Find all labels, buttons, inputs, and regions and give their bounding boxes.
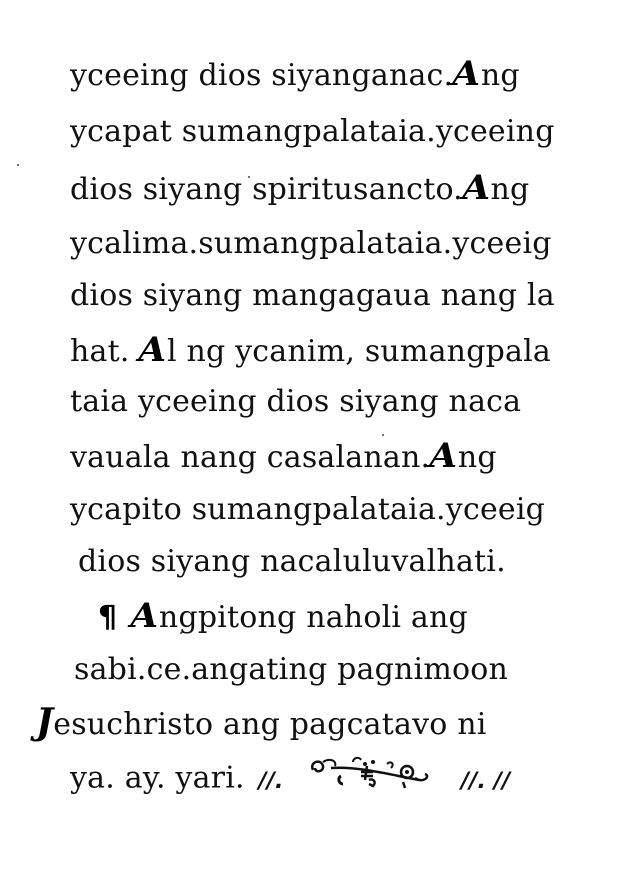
text-line-4: ycalima.sumangpalataia.yceeig (70, 224, 552, 264)
line-text-before-initial: hat. (70, 334, 130, 369)
line-text: dios siyang mangagaua nang la (70, 278, 555, 313)
document-page: yceeing dios siyanganac.Ang ycapat suman… (0, 0, 640, 889)
line-text-after-initial: ng (458, 440, 497, 475)
line-text-after-initial: ng (481, 58, 520, 93)
line-text: taia yceeing dios siyang naca (70, 384, 521, 419)
line-text: yceeing dios siyanganac. (70, 58, 453, 93)
text-line-1: yceeing dios siyanganac.Ang (70, 54, 520, 96)
text-line-7: taia yceeing dios siyang naca (70, 382, 521, 422)
line-text-after-initial: ngpitong naholi ang (159, 600, 468, 635)
line-text-after-initial: ng (491, 172, 530, 207)
text-line-5: dios siyang mangagaua nang la (70, 276, 555, 316)
decorated-initial: A (131, 596, 159, 636)
paper-speck (180, 632, 182, 634)
line-text: sabi.ce.angating pagnimoon (74, 652, 508, 687)
fleuron-ornament-icon (307, 756, 437, 803)
decorated-initial: A (430, 436, 458, 476)
text-line-13: Jesuchristo ang pagcatavo ni (36, 702, 487, 745)
paper-speck (382, 434, 384, 436)
text-line-8: vauala nang casalanan.Ang (70, 436, 497, 478)
text-line-10: dios siyang nacaluluvalhati. (78, 542, 506, 582)
ornament-slashes-left: //. (258, 762, 283, 802)
ornament-slashes-right: //. // (461, 762, 510, 802)
paper-speck (248, 176, 250, 178)
text-line-2: ycapat sumangpalataia.yceeing (70, 112, 555, 152)
line-text: dios siyang nacaluluvalhati. (78, 544, 506, 579)
line-text: dios siyang spiritusancto. (70, 172, 463, 207)
text-line-11: ¶Angpitong naholi ang (98, 596, 468, 638)
text-line-3: dios siyang spiritusancto.Ang (70, 168, 529, 210)
line-text-after-initial: l ng ycanim, sumangpala (167, 334, 551, 369)
text-line-14: ya. ay. yari. //. //. // (70, 756, 514, 803)
line-text: ycalima.sumangpalataia.yceeig (70, 226, 552, 261)
decorated-initial: A (453, 54, 481, 94)
line-text: ycapat sumangpalataia.yceeing (70, 114, 555, 149)
paper-speck (17, 164, 19, 166)
pilcrow-icon: ¶ (98, 598, 117, 638)
line-text: vauala nang casalanan. (70, 440, 430, 475)
line-text: esuchristo ang pagcatavo ni (53, 707, 486, 742)
decorated-initial: A (462, 168, 490, 208)
decorated-initial: A (139, 330, 167, 370)
text-line-6: hat. Al ng ycanim, sumangpala (70, 330, 551, 372)
line-text: ycapito sumangpalataia.yceeig (70, 492, 545, 527)
decorated-initial-j: J (36, 701, 53, 743)
line-text: ya. ay. yari. (70, 761, 245, 796)
text-line-12: sabi.ce.angating pagnimoon (74, 650, 508, 690)
text-line-9: ycapito sumangpalataia.yceeig (70, 490, 545, 530)
